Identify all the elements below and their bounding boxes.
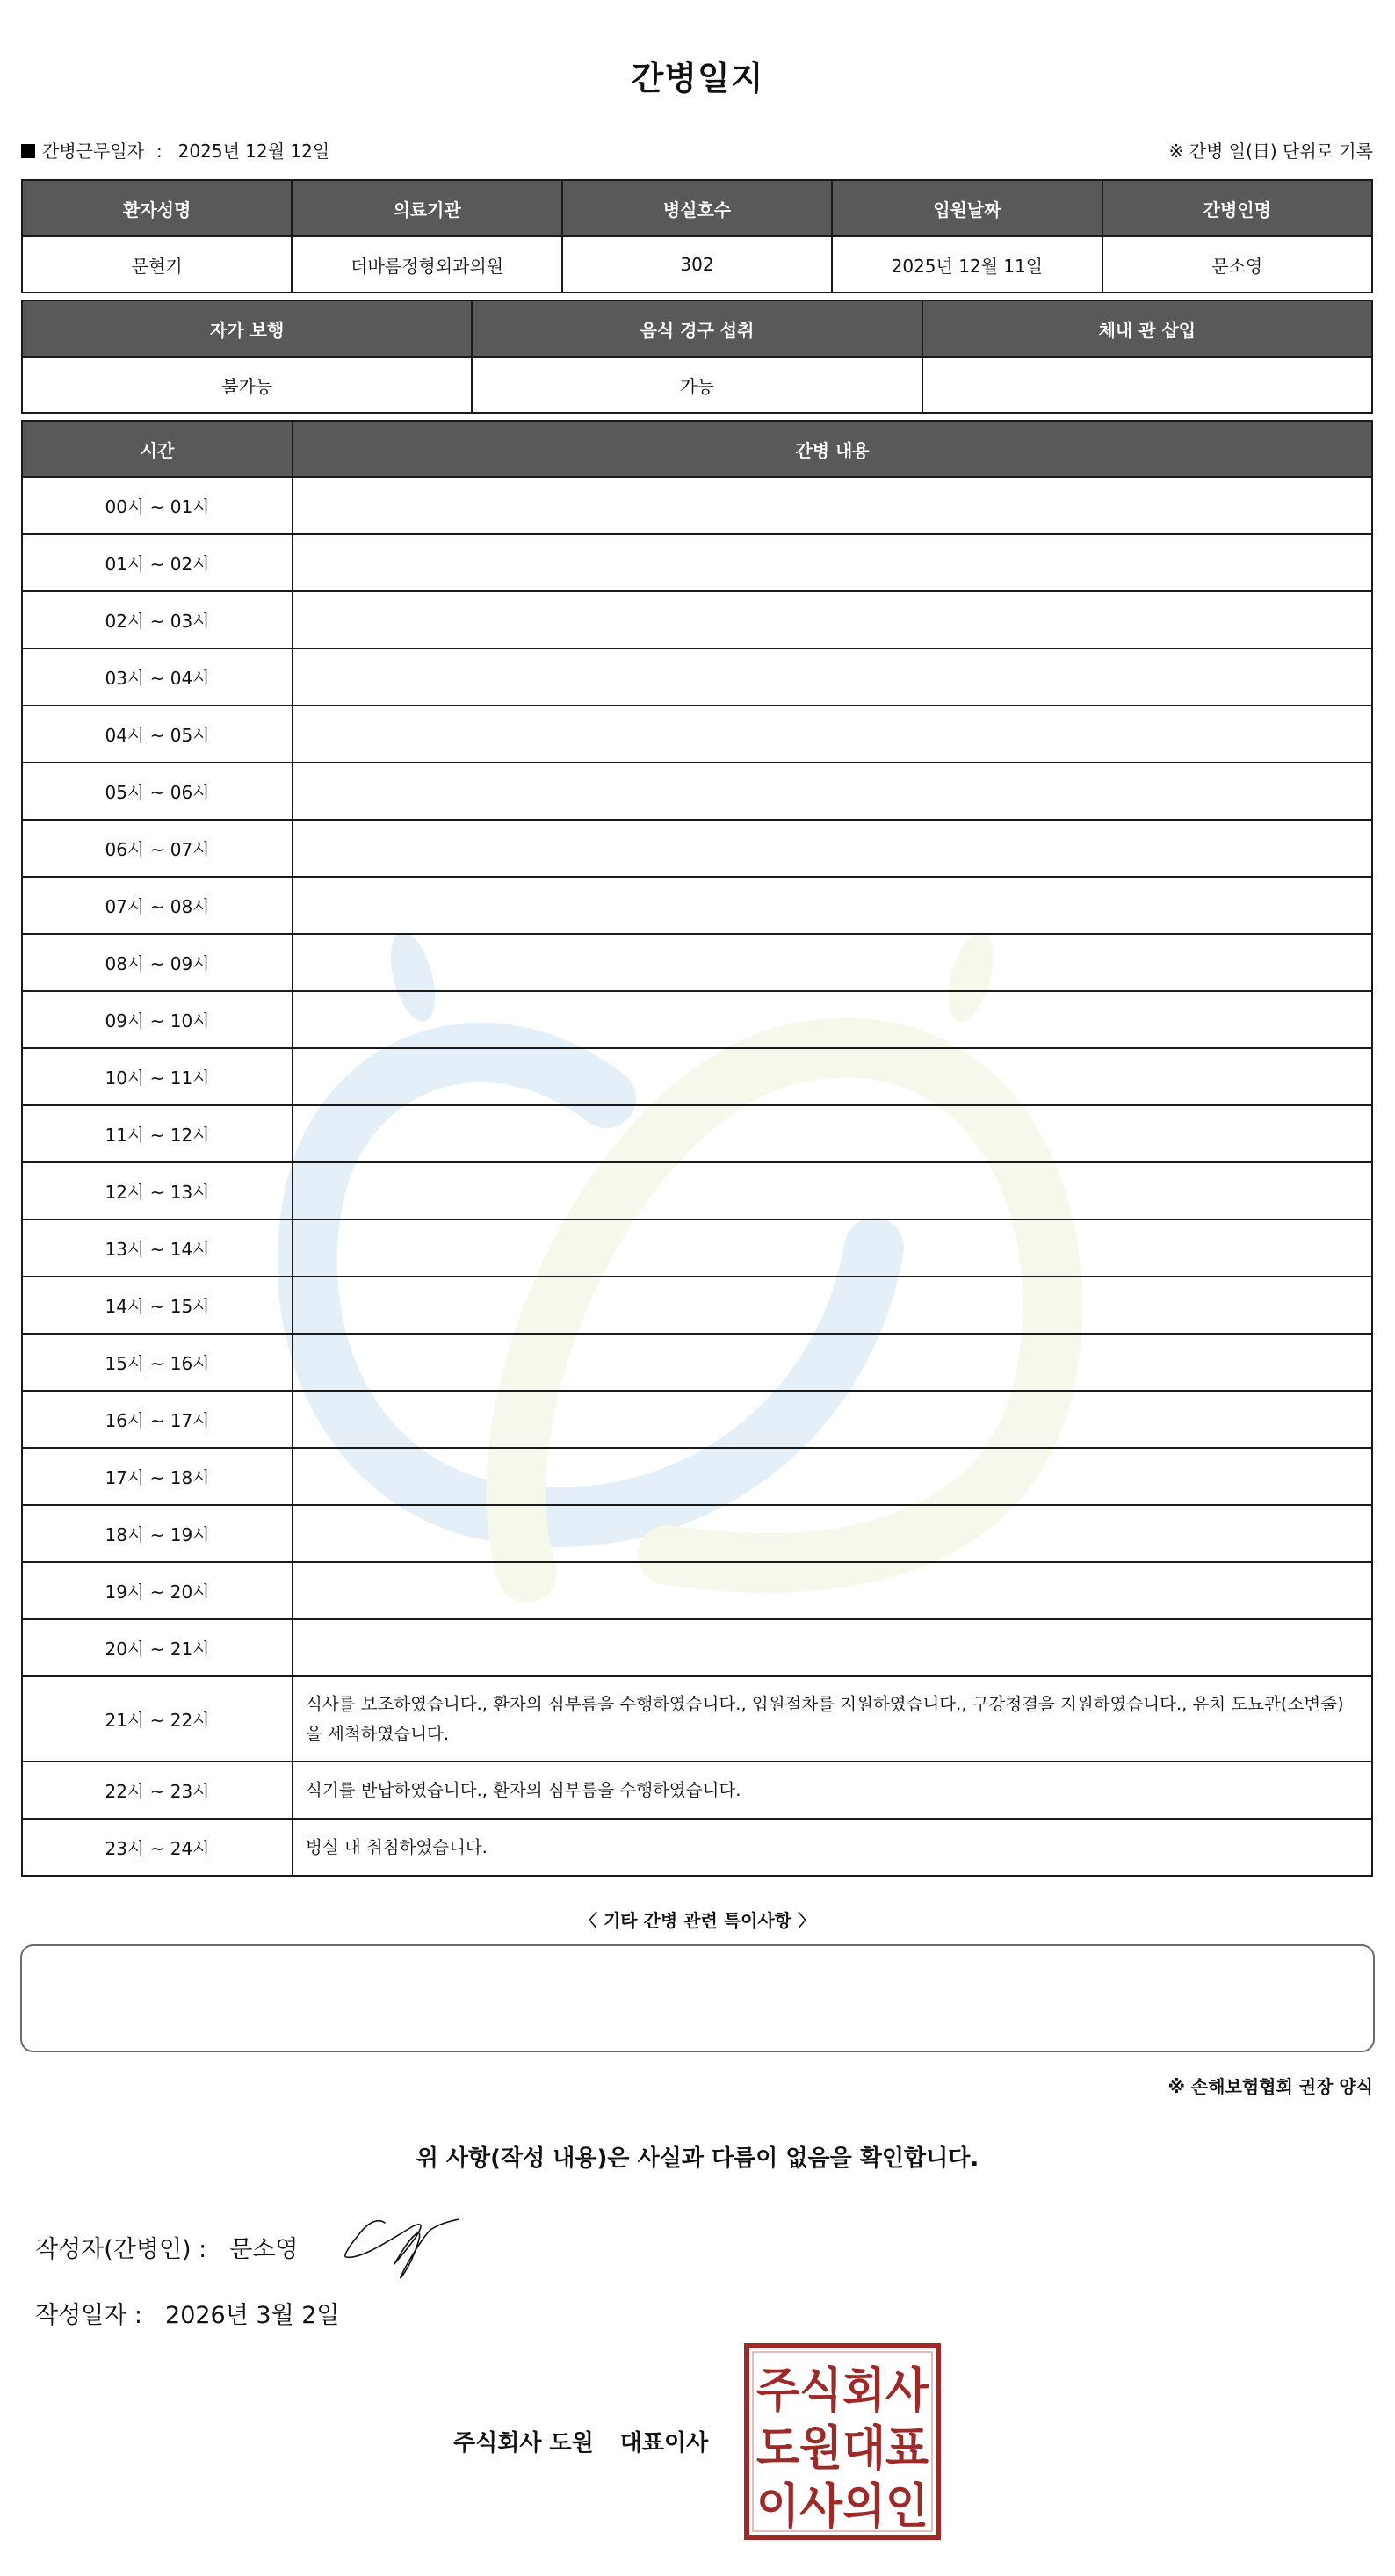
header-caregiver-name: 간병인명	[1102, 180, 1372, 236]
care-log-row: 20시 ~ 21시	[22, 1619, 1372, 1676]
work-date-value: 2025년 12월 12일	[178, 141, 329, 162]
patient-status-table: 자가 보행 음식 경구 섭취 체내 관 삽입 불가능 가능	[21, 300, 1373, 414]
care-log-row: 13시 ~ 14시	[22, 1219, 1372, 1277]
care-content-cell[interactable]	[293, 1277, 1372, 1334]
time-slot-cell: 12시 ~ 13시	[22, 1162, 293, 1219]
caregiver-name-cell[interactable]: 문소영	[1102, 236, 1372, 293]
care-content-cell[interactable]: 식기를 반납하였습니다., 환자의 심부름을 수행하였습니다.	[293, 1762, 1372, 1819]
header-admission-date: 입원날짜	[832, 180, 1102, 236]
patient-status-value-row: 불가능 가능	[22, 357, 1372, 413]
care-content-cell[interactable]	[293, 1105, 1372, 1162]
care-content-cell[interactable]	[293, 1619, 1372, 1676]
company-name: 주식회사 도원	[453, 2430, 594, 2457]
care-log-row: 16시 ~ 17시	[22, 1391, 1372, 1448]
time-slot-cell: 11시 ~ 12시	[22, 1105, 293, 1162]
stamp-line-1: 주식회사	[756, 2363, 929, 2418]
time-slot-cell: 07시 ~ 08시	[22, 877, 293, 934]
care-content-cell[interactable]	[293, 477, 1372, 534]
care-content-cell[interactable]	[293, 877, 1372, 934]
confirmation-statement: 위 사항(작성 내용)은 사실과 다름이 없음을 확인합니다.	[0, 2140, 1395, 2173]
care-log-row: 21시 ~ 22시식사를 보조하였습니다., 환자의 심부름을 수행하였습니다.…	[22, 1676, 1372, 1762]
page-title: 간병일지	[0, 51, 1395, 99]
care-content-cell[interactable]	[293, 1048, 1372, 1105]
care-log-row: 19시 ~ 20시	[22, 1562, 1372, 1619]
care-content-cell[interactable]	[293, 534, 1372, 591]
patient-name-cell[interactable]: 문현기	[22, 236, 292, 293]
header-hospital: 의료기관	[292, 180, 561, 236]
care-log-row: 14시 ~ 15시	[22, 1277, 1372, 1334]
care-log-row: 10시 ~ 11시	[22, 1048, 1372, 1105]
patient-info-header-row: 환자성명 의료기관 병실호수 입원날짜 간병인명	[22, 180, 1372, 236]
header-oral-intake: 음식 경구 섭취	[472, 300, 922, 357]
special-notes-box[interactable]	[20, 1944, 1375, 2052]
self-walking-cell[interactable]: 불가능	[22, 357, 472, 413]
oral-intake-cell[interactable]: 가능	[472, 357, 922, 413]
care-content-cell[interactable]	[293, 1505, 1372, 1562]
time-slot-cell: 09시 ~ 10시	[22, 991, 293, 1048]
care-content-cell[interactable]	[293, 648, 1372, 706]
time-slot-cell: 03시 ~ 04시	[22, 648, 293, 706]
care-log-row: 09시 ~ 10시	[22, 991, 1372, 1048]
care-log-row: 22시 ~ 23시식기를 반납하였습니다., 환자의 심부름을 수행하였습니다.	[22, 1762, 1372, 1819]
time-slot-cell: 10시 ~ 11시	[22, 1048, 293, 1105]
header-self-walking: 자가 보행	[22, 300, 472, 357]
time-slot-cell: 00시 ~ 01시	[22, 477, 293, 534]
unit-note: ※ 간병 일(日) 단위로 기록	[1169, 137, 1373, 163]
time-slot-cell: 20시 ~ 21시	[22, 1619, 293, 1676]
care-content-cell[interactable]	[293, 1562, 1372, 1619]
company-line: 주식회사 도원대표이사	[453, 2425, 708, 2457]
care-log-row: 00시 ~ 01시	[22, 477, 1372, 534]
care-content-cell[interactable]	[293, 820, 1372, 877]
time-slot-cell: 16시 ~ 17시	[22, 1391, 293, 1448]
header-patient-name: 환자성명	[22, 180, 292, 236]
room-number-cell[interactable]: 302	[562, 236, 832, 293]
work-date-label: 간병근무일자	[42, 141, 144, 162]
patient-info-table: 환자성명 의료기관 병실호수 입원날짜 간병인명 문현기 더바름정형외과의원 3…	[21, 179, 1373, 293]
time-slot-cell: 13시 ~ 14시	[22, 1219, 293, 1277]
care-log-row: 08시 ~ 09시	[22, 934, 1372, 991]
time-slot-cell: 01시 ~ 02시	[22, 534, 293, 591]
work-date-line: 간병근무일자:2025년 12월 12일	[21, 137, 329, 163]
care-log-row: 23시 ~ 24시병실 내 취침하였습니다.	[22, 1819, 1372, 1876]
special-notes-heading: 〈 기타 간병 관련 특이사항 〉	[0, 1907, 1395, 1932]
time-slot-cell: 06시 ~ 07시	[22, 820, 293, 877]
admission-date-cell[interactable]: 2025년 12월 11일	[832, 236, 1102, 293]
care-content-cell[interactable]	[293, 1334, 1372, 1391]
square-bullet-icon	[21, 144, 35, 158]
care-content-cell[interactable]: 식사를 보조하였습니다., 환자의 심부름을 수행하였습니다., 입원절차를 지…	[293, 1676, 1372, 1762]
form-source-note: ※ 손해보험협회 권장 양식	[1167, 2073, 1373, 2098]
care-log-row: 06시 ~ 07시	[22, 820, 1372, 877]
care-content-cell[interactable]	[293, 591, 1372, 648]
care-content-cell[interactable]: 병실 내 취침하였습니다.	[293, 1819, 1372, 1876]
time-slot-cell: 21시 ~ 22시	[22, 1676, 293, 1762]
care-log-row: 15시 ~ 16시	[22, 1334, 1372, 1391]
care-content-cell[interactable]	[293, 706, 1372, 763]
care-log-header-row: 시간 간병 내용	[22, 421, 1372, 477]
care-content-cell[interactable]	[293, 1219, 1372, 1277]
time-slot-cell: 23시 ~ 24시	[22, 1819, 293, 1876]
time-slot-cell: 18시 ~ 19시	[22, 1505, 293, 1562]
work-date-separator: :	[156, 141, 163, 162]
care-log-row: 04시 ~ 05시	[22, 706, 1372, 763]
care-log-row: 18시 ~ 19시	[22, 1505, 1372, 1562]
tube-insertion-cell[interactable]	[922, 357, 1372, 413]
writer-name: 문소영	[229, 2236, 298, 2263]
header-room-number: 병실호수	[562, 180, 832, 236]
header-tube-insertion: 체내 관 삽입	[922, 300, 1372, 357]
representative-title: 대표이사	[620, 2430, 708, 2457]
care-log-row: 11시 ~ 12시	[22, 1105, 1372, 1162]
care-log-row: 12시 ~ 13시	[22, 1162, 1372, 1219]
header-time: 시간	[22, 421, 293, 477]
time-slot-cell: 19시 ~ 20시	[22, 1562, 293, 1619]
time-slot-cell: 17시 ~ 18시	[22, 1448, 293, 1505]
written-date-label: 작성일자 :	[35, 2302, 142, 2329]
care-log-row: 02시 ~ 03시	[22, 591, 1372, 648]
care-content-cell[interactable]	[293, 1162, 1372, 1219]
time-slot-cell: 05시 ~ 06시	[22, 763, 293, 820]
patient-info-value-row: 문현기 더바름정형외과의원 302 2025년 12월 11일 문소영	[22, 236, 1372, 293]
writer-line: 작성자(간병인) :문소영	[35, 2230, 299, 2264]
hourly-care-log-table: 시간 간병 내용 00시 ~ 01시01시 ~ 02시02시 ~ 03시03시 …	[21, 420, 1373, 1877]
care-content-cell[interactable]	[293, 934, 1372, 991]
care-log-row: 07시 ~ 08시	[22, 877, 1372, 934]
care-log-rows: 00시 ~ 01시01시 ~ 02시02시 ~ 03시03시 ~ 04시04시 …	[22, 477, 1372, 1876]
care-log-row: 17시 ~ 18시	[22, 1448, 1372, 1505]
care-log-row: 01시 ~ 02시	[22, 534, 1372, 591]
care-content-cell[interactable]	[293, 763, 1372, 820]
writer-label: 작성자(간병인) :	[35, 2236, 206, 2263]
stamp-line-2: 도원대표	[756, 2420, 929, 2476]
time-slot-cell: 22시 ~ 23시	[22, 1762, 293, 1819]
time-slot-cell: 15시 ~ 16시	[22, 1334, 293, 1391]
time-slot-cell: 02시 ~ 03시	[22, 591, 293, 648]
hospital-cell[interactable]: 더바름정형외과의원	[292, 236, 561, 293]
written-date-value: 2026년 3월 2일	[165, 2302, 339, 2329]
care-log-row: 05시 ~ 06시	[22, 763, 1372, 820]
care-content-cell[interactable]	[293, 1391, 1372, 1448]
written-date-line: 작성일자 :2026년 3월 2일	[35, 2296, 340, 2330]
time-slot-cell: 14시 ~ 15시	[22, 1277, 293, 1334]
care-log-row: 03시 ~ 04시	[22, 648, 1372, 706]
stamp-line-3: 이사의인	[756, 2478, 929, 2534]
care-content-cell[interactable]	[293, 1448, 1372, 1505]
time-slot-cell: 08시 ~ 09시	[22, 934, 293, 991]
header-care-content: 간병 내용	[293, 421, 1372, 477]
patient-status-header-row: 자가 보행 음식 경구 섭취 체내 관 삽입	[22, 300, 1372, 357]
company-seal-stamp-icon: 주식회사 도원대표 이사의인	[744, 2343, 941, 2540]
care-content-cell[interactable]	[293, 991, 1372, 1048]
time-slot-cell: 04시 ~ 05시	[22, 706, 293, 763]
signature-scribble-icon	[343, 2216, 474, 2286]
